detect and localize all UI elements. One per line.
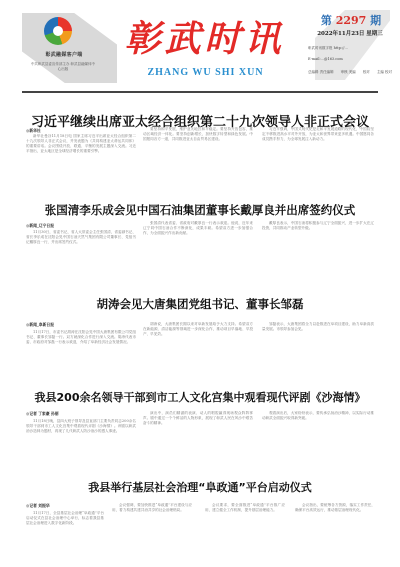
article-5-col-2: 会议强调，要加快推进“阜政通”平台建设与应用，着力构建共建共治共享的社会治理格局… <box>112 503 192 551</box>
article-5-col-3: 会议要求，要全面推进“阜政通”平台推广应用，建立健全工作机制，提升基层治理能力。 <box>205 503 285 551</box>
issue-number-value: 2297 <box>336 14 367 27</box>
article-4-col-2: 演出中，演员们精湛的表演、动人的唱腔赢得现场观众阵阵掌声。剧中通过一个个鲜活的人… <box>143 411 253 467</box>
article-2-col-1: 11月30日，省委书记、省人大常委会主任张国清，省委副书记、省长李乐成在沈阳会见… <box>26 230 136 285</box>
article-1-col-1: 新华社曼谷11月18日电 国家主席习近平出席亚太经合组织第二十九次领导人非正式会… <box>26 134 136 180</box>
article-3-col-3: 邹磊表示，大唐集团将全力以赴推进在阜项目建设，助力阜新高质量发展。市领导参加会见… <box>262 322 374 372</box>
article-4-col-1: 11月18日晚，县四大班子领导及县直部门主要负责同志200余名领导干部到市工人文… <box>26 419 136 467</box>
staff-item: 主编 校对 <box>377 70 392 75</box>
article-5-headline[interactable]: 我县举行基层社会治理“阜政通”平台启动仪式 <box>0 479 400 495</box>
email-line: E-mail:...@163.com <box>308 57 398 61</box>
article-5-byline: ◎记者 刘振华 <box>26 503 50 509</box>
article-5-col-4: 会议指出，要统筹各方资源，落实工作责任，确保平台高效运行，推动基层治理现代化。 <box>295 503 375 551</box>
masthead: 彰武融媒客户端 中共彰武县委宣传部主办 彰武县融媒体中心出版 彰武时讯 ZHAN… <box>0 0 400 92</box>
staff-list: 总编辑 责任编辑 审核 美编 校对 主编 校对 <box>308 70 392 75</box>
article-4-headline[interactable]: 我县200余名领导干部到市工人文化宫集中观看现代评剧《沙海情》 <box>0 389 400 405</box>
logo-subtitle: 中共彰武县委宣传部主办 彰武县融媒体中心出版 <box>30 62 96 71</box>
article-2-byline: ◎新闻_辽宁日报 <box>26 223 54 229</box>
article-5-col-1: 11月17日，全县基层社会治理“阜政通”平台启动仪式在县社会治理中心举行，标志着… <box>26 511 104 551</box>
article-4-col-3: 观看演出后，大家纷纷表示，要传承弘扬治沙精神，以实际行动推动彰武全面振兴取得新突… <box>262 411 374 467</box>
article-3-col-1: 11月17日，市委书记胡涛在沈阳会见中国大唐集团有限公司党组书记、董事长邹磊一行… <box>26 330 136 380</box>
article-2-col-2: 张国清代表省委、省政府对戴厚良一行表示欢迎。他说，近年来辽宁同中国石油合作不断深… <box>143 221 253 285</box>
publication-date: 2022年11月23日 星期三 <box>300 29 400 37</box>
newspaper-title: 彰武时讯 <box>112 16 297 62</box>
article-1-col-3: 习近平强调，中国式现代化是走和平发展道路的现代化，中国将坚定不移推进高水平对外开… <box>262 127 374 180</box>
staff-item: 审核 美编 <box>341 70 356 75</box>
article-3-headline[interactable]: 胡涛会见大唐集团党组书记、董事长邹磊 <box>0 296 400 312</box>
article-4-byline: ◎记者 丁家豪 孙丽 <box>26 411 59 417</box>
website-line: 彰武时讯数字报 http://... <box>308 46 398 51</box>
staff-item: 校对 <box>363 70 370 75</box>
app-logo-icon <box>44 17 72 45</box>
newspaper-title-pinyin: ZHANG WU SHI XUN <box>118 67 293 78</box>
issue-suffix: 期 <box>370 14 381 27</box>
article-1-col-2: 要坚持和平发展，维护亚太地区和平稳定。要坚持开放包容，推动区域经济一体化。要坚持… <box>143 127 253 180</box>
staff-item: 总编辑 责任编辑 <box>308 70 334 75</box>
masthead-divider <box>22 91 378 93</box>
article-2-headline[interactable]: 张国清李乐成会见中国石油集团董事长戴厚良并出席签约仪式 <box>0 202 400 218</box>
article-3-col-2: 胡涛说，大唐集团长期以来对阜新发展给予大力支持。希望双方在新能源、清洁能源等领域… <box>143 322 253 380</box>
issue-number: 第 2297 期 <box>306 12 396 28</box>
article-2-col-3: 戴厚良表示，中国石油将积极参与辽宁全面振兴，进一步扩大在辽投资，共同推动产业转型… <box>262 221 374 285</box>
article-3-byline: ◎新闻_阜新日报 <box>26 322 54 328</box>
logo-name: 彰武融媒客户端 <box>34 51 94 58</box>
issue-prefix: 第 <box>321 14 332 27</box>
